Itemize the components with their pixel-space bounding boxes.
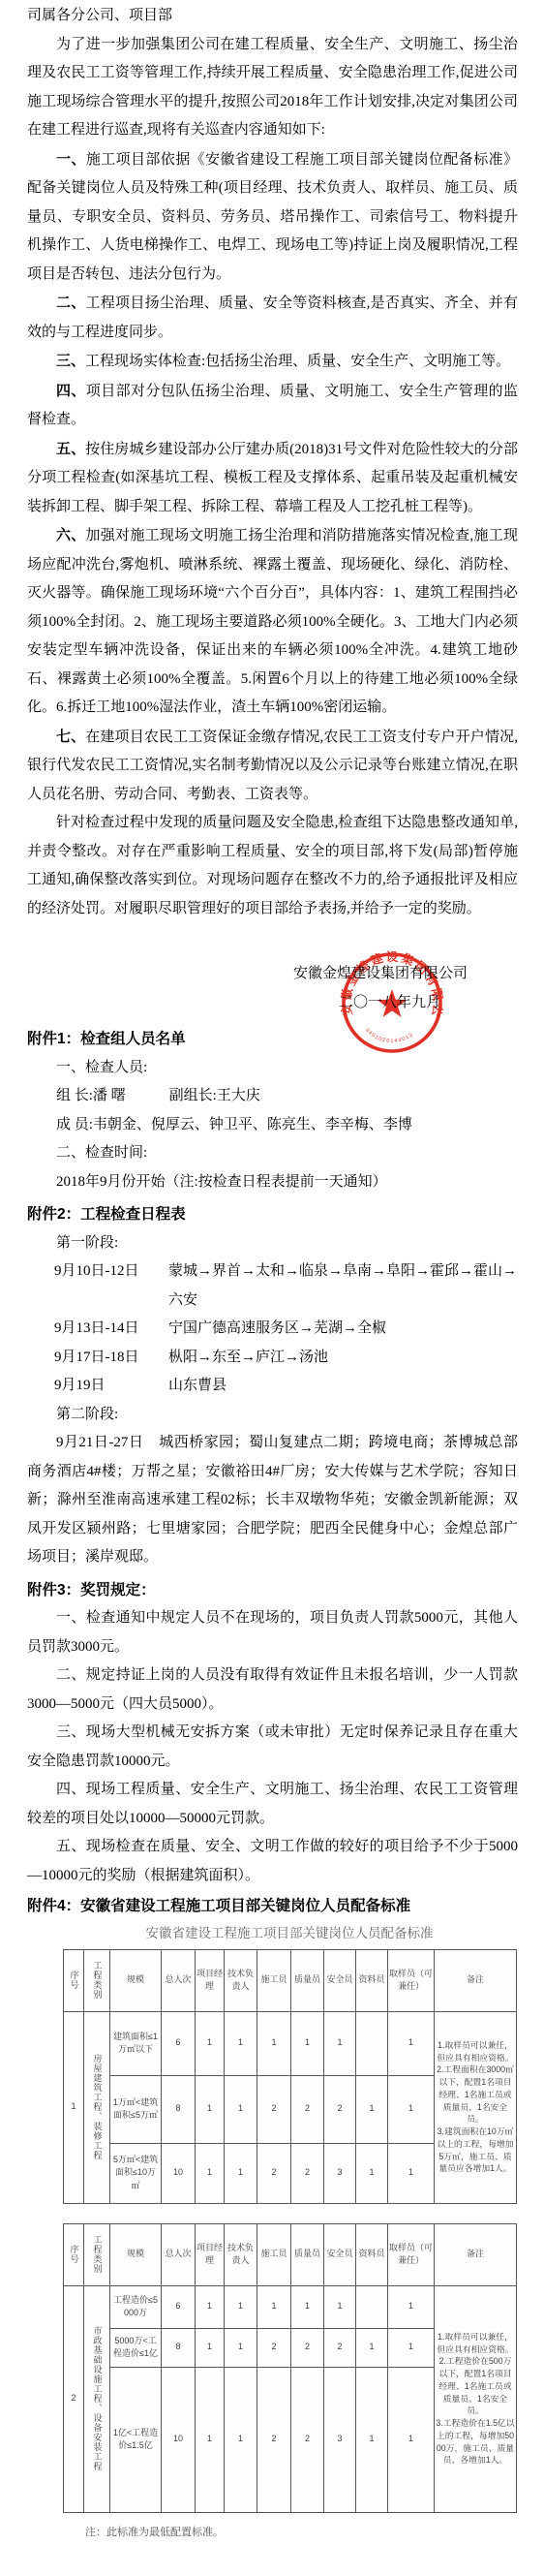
scale-cell: 5万㎡<建筑面积≤10万㎡: [110, 2143, 162, 2203]
count-cell: 1: [225, 2143, 257, 2203]
seal-star-icon: [378, 989, 407, 1017]
item-number: 七、: [56, 729, 85, 745]
column-header: 序号: [64, 2223, 84, 2285]
attachment4-title: 附件4：安徽省建设工程施工项目部关键岗位人员配备标准: [27, 1892, 518, 1921]
scale-cell: 建筑面积≤1万㎡以下: [110, 2011, 162, 2075]
count-cell: 3: [324, 2367, 356, 2512]
schedule-route: 城西桥家园；蜀山复建点二期；跨境电商；茶博城总部商务酒店4#楼；万帮之星；安徽裕…: [27, 1435, 518, 1565]
notice-item-6: 六、加强对施工现场文明施工扬尘治理和消防措施落实情况检查,施工现场应配冲洗台,雾…: [27, 521, 518, 723]
count-cell: 1: [388, 2075, 435, 2143]
count-cell: 2: [257, 2075, 291, 2143]
item-number: 六、: [56, 527, 86, 543]
notice-item-3: 三、工程现场实体检查:包括扬尘治理、质量、安全生产、文明施工等。: [27, 347, 518, 377]
schedule-row: 9月17日-18日 枞阳→东至→庐江→汤池: [54, 1344, 518, 1373]
column-header: 质量员: [291, 2223, 324, 2285]
count-cell: 1: [225, 2367, 257, 2512]
stage2-label: 第二阶段:: [56, 1401, 518, 1430]
item-number: 三、: [56, 353, 85, 369]
count-cell: 1: [225, 2011, 257, 2075]
column-header: 序号: [64, 1949, 84, 2011]
schedule-row: 9月13日-14日 宁国广德高速服务区→芜湖→全椒: [54, 1315, 518, 1344]
item-text: 工程项目扬尘治理、质量、安全等资料核查,是否真实、齐全、并有效的与工程进度同步。: [27, 295, 518, 340]
count-cell: [356, 2285, 388, 2328]
count-cell: 10: [162, 2367, 196, 2512]
count-cell: 2: [257, 2367, 291, 2512]
count-cell: 1: [257, 2285, 291, 2328]
attachment3-title: 附件3：奖罚规定：: [27, 1576, 518, 1605]
column-header: 资料员: [356, 2223, 388, 2285]
company-seal: 安徽金煌建设集团有限公司 3401020144013: [339, 949, 445, 1056]
attachment1-line: 成 员:韦朝金、倪厚云、钟卫平、陈亮生、李辛梅、李博: [56, 1111, 518, 1140]
column-header: 施工员: [257, 2223, 291, 2285]
schedule-route: 山东曹县: [168, 1372, 518, 1401]
column-header: 安全员: [324, 1949, 356, 2011]
schedule-row: 9月10日-12日 蒙城→界首→太和→临泉→阜南→阜阳→霍邱→霍山→六安: [54, 1257, 518, 1315]
count-cell: 1: [388, 2285, 435, 2328]
item-number: 二、: [56, 295, 86, 311]
attachment1-line: 组 长:潘 曙 副组长:王大庆: [56, 1082, 518, 1111]
column-header: 规模: [110, 2223, 162, 2285]
schedule-route: 蒙城→界首→太和→临泉→阜南→阜阳→霍邱→霍山→六安: [168, 1257, 518, 1315]
schedule-date: 9月21日-27日: [56, 1435, 143, 1450]
notice-item-7: 七、在建项目农民工工资保证金缴存情况,农民工工资支付专户开户情况,银行代发农民工…: [27, 723, 518, 810]
count-cell: 2: [324, 2075, 356, 2143]
item-number: 一、: [56, 151, 86, 168]
seq-cell: 2: [64, 2285, 84, 2512]
item-text: 加强对施工现场文明施工扬尘治理和消防措施落实情况检查,施工现场应配冲洗台,雾炮机…: [27, 528, 518, 715]
count-cell: 2: [291, 2328, 324, 2367]
column-header: 取样员（可兼任）: [388, 1949, 435, 2011]
intro-paragraph: 为了进一步加强集团公司在建工程质量、安全生产、文明施工、扬尘治理及农民工工资等管…: [27, 31, 518, 145]
salutation-line: 司属各分公司、项目部: [27, 2, 518, 31]
count-cell: 1: [196, 2285, 225, 2328]
staffing-table-title: 安徽省建设工程施工项目部关键岗位人员配备标准: [63, 1924, 516, 1943]
attachment1-line: 2018年9月份开始（注:按检查日程表提前一天通知）: [56, 1168, 518, 1197]
schedule-route: 枞阳→东至→庐江→汤池: [168, 1344, 518, 1373]
reward-rule-1: 一、检查通知中规定人员不在现场的，项目负责人罚款5000元，其他人员罚款3000…: [27, 1604, 518, 1661]
stage1-label: 第一阶段:: [56, 1229, 518, 1258]
count-cell: 1: [356, 2143, 388, 2203]
count-cell: 1: [324, 2011, 356, 2075]
count-cell: 1: [324, 2285, 356, 2328]
document-content: 司属各分公司、项目部 为了进一步加强集团公司在建工程质量、安全生产、文明施工、扬…: [0, 0, 544, 2576]
count-cell: 1: [225, 2285, 257, 2328]
count-cell: 1: [196, 2143, 225, 2203]
reward-rule-4: 四、现场工程质量、安全生产、文明施工、扬尘治理、农民工工资管理较差的项目处以10…: [27, 1776, 518, 1833]
schedule-date: 9月19日: [54, 1372, 168, 1401]
count-cell: 2: [324, 2328, 356, 2367]
count-cell: 6: [162, 2285, 196, 2328]
notice-item-5: 五、按住房城乡建设部办公厅建办质(2018)31号文件对危险性较大的分部分项工程…: [27, 435, 518, 522]
seal-number-text: 3401020144013: [364, 1027, 414, 1044]
column-header: 项目经理: [196, 1949, 225, 2011]
column-header: 总人次: [162, 2223, 196, 2285]
count-cell: 10: [162, 2143, 196, 2203]
item-text: 按住房城乡建设部办公厅建办质(2018)31号文件对危险性较大的分部分项工程检查…: [27, 442, 518, 514]
schedule-date: 9月13日-14日: [54, 1315, 168, 1344]
item-text: 工程现场实体检查:包括扬尘治理、质量、安全生产、文明施工等。: [85, 354, 510, 369]
count-cell: 1: [196, 2367, 225, 2512]
attachment1-line: 二、检查时间:: [56, 1139, 518, 1168]
item-number: 五、: [56, 441, 85, 457]
column-header: 项目经理: [196, 2223, 225, 2285]
column-header: 工程类别: [84, 1949, 110, 2011]
count-cell: 1: [291, 2011, 324, 2075]
column-header: 备注: [435, 2223, 517, 2285]
count-cell: 1: [388, 2367, 435, 2512]
column-header: 规模: [110, 1949, 162, 2011]
notice-item-2: 二、工程项目扬尘治理、质量、安全等资料核查,是否真实、齐全、并有效的与工程进度同…: [27, 289, 518, 347]
column-header: 工程类别: [84, 2223, 110, 2285]
reward-rule-5: 五、现场检查在质量、安全、文明工作做的较好的项目给予不少于5000—10000元…: [27, 1833, 518, 1890]
item-text: 项目部对分包队伍扬尘治理、质量、文明施工、安全生产管理的监督检查。: [27, 384, 518, 428]
scale-cell: 1亿<工程造价≤1.5亿: [110, 2367, 162, 2512]
item-number: 四、: [56, 383, 86, 399]
count-cell: [356, 2011, 388, 2075]
schedule-route: 宁国广德高速服务区→芜湖→全椒: [168, 1315, 518, 1344]
staffing-table-building: 序号工程类别规模总人次项目经理技术负责人施工员质量员安全员资料员取样员（可兼任）…: [63, 1949, 517, 2204]
remark-cell: 1.取样员可以兼任，但应具有相应资格。 2.工程造价在500万以下，配置1名项目…: [435, 2285, 517, 2512]
reward-rule-3: 三、现场大型机械无安拆方案（或未审批）无定时保养记录且存在重大安全隐患罚款100…: [27, 1719, 518, 1776]
category-cell: 房屋建筑工程、装修工程: [84, 2011, 110, 2203]
table-footnote: 注：此标准为最低配置标准。: [85, 2519, 518, 2548]
count-cell: 2: [291, 2075, 324, 2143]
count-cell: 1: [388, 2143, 435, 2203]
category-cell: 市政基础设施工程、设备安装工程: [84, 2285, 110, 2512]
count-cell: 1: [291, 2285, 324, 2328]
table-row: 1房屋建筑工程、装修工程建筑面积≤1万㎡以下61111111.取样员可以兼任，但…: [64, 2011, 517, 2075]
count-cell: 2: [257, 2328, 291, 2367]
count-cell: 8: [162, 2075, 196, 2143]
reward-rule-2: 二、规定持证上岗的人员没有取得有效证件且未报名培训，少一人罚款3000—5000…: [27, 1661, 518, 1719]
item-text: 施工项目部依据《安徽省建设工程施工项目部关键岗位配备标准》配备关键岗位人员及特殊…: [27, 152, 518, 282]
attachment1-line: 一、检查人员:: [56, 1054, 518, 1083]
count-cell: 6: [162, 2011, 196, 2075]
schedule-date: 9月17日-18日: [54, 1344, 168, 1373]
count-cell: 1: [356, 2367, 388, 2512]
item-text: 在建项目农民工工资保证金缴存情况,农民工工资支付专户开户情况,银行代发农民工工资…: [27, 729, 518, 802]
count-cell: 2: [291, 2367, 324, 2512]
schedule-row: 9月19日 山东曹县: [54, 1372, 518, 1401]
scale-cell: 1万㎡<建筑面积≤5万㎡: [110, 2075, 162, 2143]
count-cell: 1: [196, 2075, 225, 2143]
closing-paragraph: 针对检查过程中发现的质量问题及安全隐患,检查组下达隐患整改通知单,并责令整改。对…: [27, 809, 518, 923]
count-cell: 1: [388, 2328, 435, 2367]
column-header: 取样员（可兼任）: [388, 2223, 435, 2285]
count-cell: 1: [225, 2075, 257, 2143]
count-cell: 8: [162, 2328, 196, 2367]
column-header: 施工员: [257, 1949, 291, 2011]
column-header: 总人次: [162, 1949, 196, 2011]
count-cell: 1: [356, 2328, 388, 2367]
column-header: 备注: [435, 1949, 517, 2011]
remark-cell: 1.取样员可以兼任，但应具有相应资格。 2.工程面积在3000㎡以下，配置1名项…: [435, 2011, 517, 2203]
column-header: 技术负责人: [225, 2223, 257, 2285]
schedule-row-stage2: 9月21日-27日城西桥家园；蜀山复建点二期；跨境电商；茶博城总部商务酒店4#楼…: [27, 1429, 518, 1572]
seq-cell: 1: [64, 2011, 84, 2203]
column-header: 技术负责人: [225, 1949, 257, 2011]
column-header: 安全员: [324, 2223, 356, 2285]
count-cell: 1: [225, 2328, 257, 2367]
attachment2-title: 附件2：工程检查日程表: [27, 1200, 518, 1229]
count-cell: 1: [196, 2011, 225, 2075]
schedule-date: 9月10日-12日: [54, 1257, 168, 1315]
count-cell: 1: [356, 2075, 388, 2143]
staffing-table-municipal: 序号工程类别规模总人次项目经理技术负责人施工员质量员安全员资料员取样员（可兼任）…: [63, 2223, 517, 2513]
document-page: 司属各分公司、项目部 为了进一步加强集团公司在建工程质量、安全生产、文明施工、扬…: [0, 0, 544, 2576]
scale-cell: 工程造价≤5000万: [110, 2285, 162, 2328]
notice-item-4: 四、项目部对分包队伍扬尘治理、质量、文明施工、安全生产管理的监督检查。: [27, 377, 518, 435]
notice-item-1: 一、施工项目部依据《安徽省建设工程施工项目部关键岗位配备标准》配备关键岗位人员及…: [27, 145, 518, 290]
column-header: 资料员: [356, 1949, 388, 2011]
count-cell: 1: [196, 2328, 225, 2367]
count-cell: 3: [324, 2143, 356, 2203]
count-cell: 2: [257, 2143, 291, 2203]
column-header: 质量员: [291, 1949, 324, 2011]
scale-cell: 5000万<工程造价≤1亿: [110, 2328, 162, 2367]
count-cell: 1: [257, 2011, 291, 2075]
table-row: 2市政基础设施工程、设备安装工程工程造价≤5000万61111111.取样员可以…: [64, 2285, 517, 2328]
count-cell: 1: [388, 2011, 435, 2075]
count-cell: 2: [291, 2143, 324, 2203]
